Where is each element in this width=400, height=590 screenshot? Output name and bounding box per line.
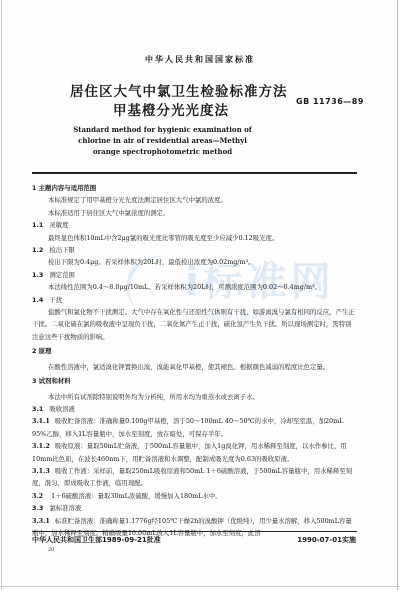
english-title-line: chlorine in air of residential areas—Met… [70, 135, 255, 146]
page-number: 20 [48, 547, 54, 553]
paragraph: 最终显色体积10mL中含2μg氯的吸光度比零管的吸光度至少应减少0.12吸光度。 [32, 232, 357, 244]
paragraph: 在酸性溶液中，氯适溴化钾置换出溴，溴能氧化甲基橙，使其褪色。根据颜色减弱的程度比… [32, 361, 357, 373]
header-rule [32, 172, 357, 174]
section-heading: 2 原理 [32, 345, 357, 357]
clause-text: 1＋6硫酸溶液：量取30mL浓硫酸，缓慢加入180mL水中。 [51, 492, 222, 500]
subsection-title: 干扰 [49, 296, 62, 304]
subsection-number: 1.4 [32, 296, 43, 304]
english-title: Standard method for hygienic examination… [70, 124, 255, 157]
subsection-number: 1.1 [32, 221, 43, 229]
section-heading: 1 主题内容与适用范围 [32, 182, 357, 194]
clause-number: 3.1.3 [32, 467, 50, 475]
subsection-heading: 3.3氯标准溶液 [32, 502, 357, 514]
paragraph: 本标准适用于居住区大气中氯浓度的测定。 [32, 207, 357, 219]
effective-date: 1990-07-01实施 [297, 535, 356, 545]
page-edge-left [1, 0, 2, 590]
clause-text: 吸收贮备溶液：准确称量0.100g甲基橙，溶于50～100mL 40～50℃的水… [32, 417, 343, 437]
subsection-heading: 1.2检出下限 [32, 244, 357, 256]
clause-number: 3.3.1 [32, 517, 50, 525]
clause: 3.1.1吸收贮备溶液：准确称量0.100g甲基橙，溶于50～100mL 40～… [32, 415, 357, 440]
paragraph: 盐酸气和氯化物不干扰测定。大气中存在氧化性与还原性气体则有干扰，如游离溴与氯有相… [32, 306, 357, 343]
subsection-title: 吸收溶液 [49, 405, 75, 413]
english-title-line: orange spectrophotometric method [70, 146, 255, 157]
standard-label: 中华人民共和国国家标准 [0, 54, 400, 65]
approval-date: 中华人民共和国卫生部1989-09-21批准 [32, 535, 161, 545]
document-body: 1 主题内容与适用范围 本标准规定了用甲基橙分光光度法测定居住区大气中氯的浓度。… [32, 180, 357, 539]
subsection-number: 3.1 [32, 405, 43, 413]
clause-text: 标准贮备溶液：准确称量1.1776g经105℃干燥2h的溴酸钾（优级纯），用少量… [32, 517, 352, 537]
subsection-number: 1.3 [32, 271, 43, 279]
paragraph: 本法线性范围为0.4～8.0μg/10mL。若采样体积为20L时，可测浓度范围为… [32, 281, 357, 293]
subsection-heading: 1.1灵敏度 [32, 219, 357, 231]
standard-code: GB 11736—89 [296, 97, 364, 106]
clause-number: 3.1.1 [32, 417, 50, 425]
clause-text: 吸收工作液：采样前，量取250mL吸收原液和50mL 1＋6硫酸溶液，于500m… [32, 467, 352, 487]
subsection-heading: 1.4干扰 [32, 294, 357, 306]
subsection-title: 测定范围 [49, 271, 75, 279]
clause: 3.21＋6硫酸溶液：量取30mL浓硫酸，缓慢加入180mL水中。 [32, 490, 357, 502]
subsection-title: 灵敏度 [49, 221, 68, 229]
clause-number: 3.2 [32, 492, 43, 500]
document-title-line1: 居住区大气中氯卫生检验标准方法 [70, 80, 288, 100]
clause: 3.1.3吸收工作液：采样前，量取250mL吸收原液和50mL 1＋6硫酸溶液，… [32, 465, 357, 490]
paragraph: 检出下限为0.4μg。若采样体积为20L时，最低检出浓度为0.02mg/m³。 [32, 256, 357, 268]
subsection-number: 3.3 [32, 504, 43, 512]
subsection-title: 检出下限 [49, 246, 75, 254]
subsection-title: 氯标准溶液 [49, 504, 81, 512]
subsection-number: 1.2 [32, 246, 43, 254]
english-title-line: Standard method for hygienic examination… [70, 124, 255, 135]
clause: 3.1.2吸收原液：量取50mL贮备液，于500mL容量瓶中，加入1g溴化钾，用… [32, 440, 357, 465]
document-title-line2: 甲基橙分光光度法 [113, 99, 229, 119]
clause-number: 3.1.2 [32, 442, 50, 450]
paragraph: 本标准规定了用甲基橙分光光度法测定居住区大气中氯的浓度。 [32, 194, 357, 206]
section-heading: 3 试剂和材料 [32, 375, 357, 387]
page-edge-right [397, 0, 398, 590]
clause-text: 吸收原液：量取50mL贮备液，于500mL容量瓶中，加入1g溴化钾，用水稀释至刻… [32, 442, 347, 462]
paragraph: 本法中所有试剂除特别说明外均为分析纯，所用水均为重蒸水或去离子水。 [32, 391, 357, 403]
footer-rule [32, 531, 357, 532]
subsection-heading: 3.1吸收溶液 [32, 403, 357, 415]
document-page: 中华人民共和国国家标准 居住区大气中氯卫生检验标准方法 甲基橙分光光度法 GB … [0, 0, 400, 590]
page-edge-bottom [0, 586, 400, 587]
subsection-heading: 1.3测定范围 [32, 269, 357, 281]
